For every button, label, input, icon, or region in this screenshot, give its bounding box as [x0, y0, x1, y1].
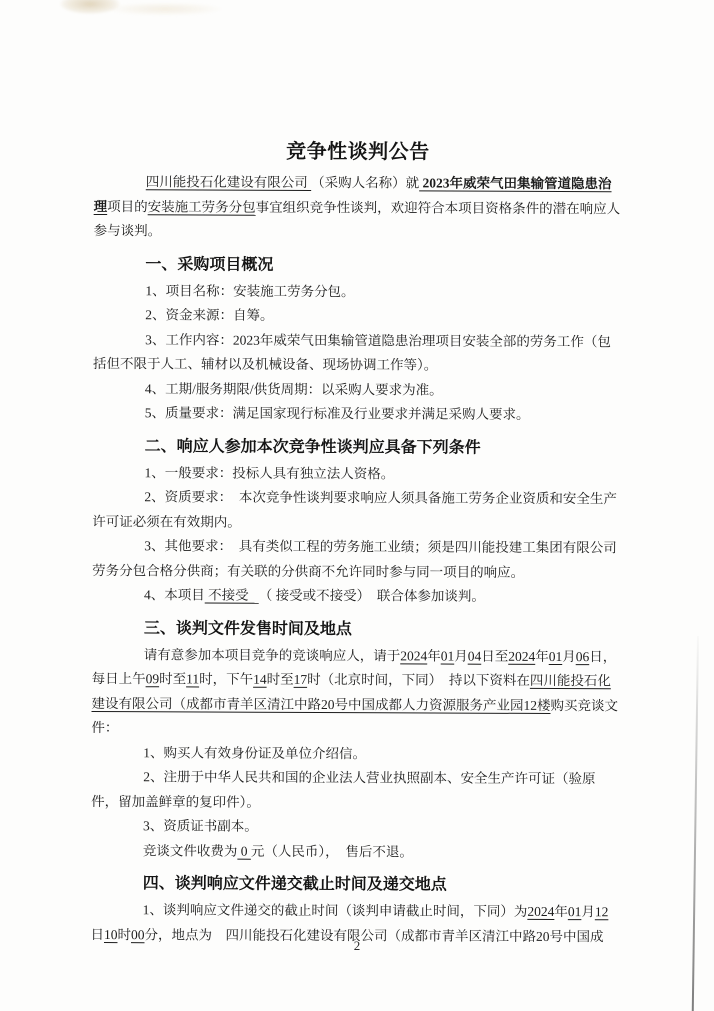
- text-segment: 竞谈文件收费为: [143, 843, 238, 858]
- text-segment: 2、资金来源：自筹。: [145, 307, 273, 323]
- text-segment: 月: [581, 904, 595, 919]
- text-segment: 1、一般要求：投标人具有独立法人资格。: [145, 465, 395, 481]
- text-segment: 四川能投石化建设有限公司: [146, 174, 311, 190]
- scan-smudge-artifact-2: [105, 2, 225, 16]
- text-segment: 不接受: [205, 587, 259, 602]
- text-segment: 二、响应人参加本次竞争性谈判应具备下列条件: [145, 438, 481, 456]
- text-segment: 时，下午: [199, 671, 253, 686]
- heading-section-3: 三、谈判文件发售时间及地点: [92, 614, 620, 643]
- text-segment: 14: [253, 672, 267, 687]
- heading-section-1: 一、采购项目概况: [93, 250, 621, 279]
- text-segment: 0: [237, 843, 251, 858]
- item-project-name: 1、项目名称：安装施工劳务分包。: [93, 278, 621, 305]
- text-segment: （采购人名称）就: [311, 175, 419, 190]
- text-segment: （ 接受或不接受） 联合体参加谈判。: [259, 588, 485, 604]
- heading-section-4: 四、谈判响应文件递交截止时间及递交地点: [91, 870, 619, 899]
- item-buyer-id: 1、购买人有效身份证及单位介绍信。: [91, 740, 619, 767]
- text-segment: 5、质量要求：满足国家现行标准及行业要求并满足采购人要求。: [145, 405, 530, 422]
- text-segment: 时至: [159, 671, 186, 686]
- text-segment: 12: [595, 904, 609, 919]
- scan-page-edge-line: [692, 636, 699, 1011]
- text-segment: 2024: [400, 648, 427, 663]
- text-segment: 月: [562, 649, 576, 664]
- item-qualification-certificate: 3、资质证书副本。: [91, 814, 619, 841]
- scanned-document-page: 竞争性谈判公告 四川能投石化建设有限公司 （采购人名称）就 2023年威荣气田集…: [0, 0, 714, 1011]
- text-segment: 四、谈判响应文件递交截止时间及递交地点: [143, 875, 447, 893]
- text-segment: 安装施工劳务分包: [148, 199, 256, 214]
- heading-section-2: 二、响应人参加本次竞争性谈判应具备下列条件: [93, 432, 621, 461]
- text-segment: 2024: [508, 648, 535, 663]
- item-business-license: 2、注册于中华人民共和国的企业法人营业执照副本、安全生产许可证（验原件，留加盖鲜…: [91, 765, 619, 816]
- text-segment: 09: [146, 671, 160, 686]
- text-segment: 01: [441, 648, 455, 663]
- text-segment: 1、谈判响应文件递交的截止时间（谈判申请截止时间，下同）为: [143, 902, 528, 919]
- text-segment: 2、注册于中华人民共和国的企业法人营业执照副本、安全生产许可证（验原件，留加盖鲜…: [91, 769, 595, 809]
- text-segment: 请有意参加本项目竞争的竞谈响应人，请于: [144, 647, 401, 663]
- page-number: 2: [0, 938, 714, 954]
- intro-paragraph: 四川能投石化建设有限公司 （采购人名称）就 2023年威荣气田集输管道隐患治理项…: [94, 170, 622, 246]
- text-segment: 年: [554, 904, 568, 919]
- text-segment: 04: [468, 648, 482, 663]
- item-work-content: 3、工作内容：2023年威荣气田集输管道隐患治理项目安装全部的劳务工作（包括但不…: [93, 327, 621, 378]
- text-segment: 4、工期/服务期限/供货周期：以采购人要求为准。: [145, 381, 443, 397]
- text-segment: 一、采购项目概况: [145, 256, 273, 274]
- text-segment: 3、其他要求： 具有类似工程的劳务施工业绩；须是四川能投建工集团有限公司劳务分包…: [92, 538, 617, 579]
- text-segment: 日至: [481, 648, 508, 663]
- text-segment: 项目的: [107, 199, 148, 214]
- item-qualification-requirement: 2、资质要求： 本次竞争性谈判要求响应人须具备施工劳务企业资质和安全生产许可证必…: [92, 485, 620, 536]
- text-segment: 01: [568, 904, 582, 919]
- text-segment: 月: [454, 648, 468, 663]
- text-segment: 三、谈判文件发售时间及地点: [144, 620, 352, 638]
- text-segment: 元（人民币）， 售后不退。: [251, 843, 413, 859]
- text-segment: 17: [294, 672, 308, 687]
- item-general-requirement: 1、一般要求：投标人具有独立法人资格。: [92, 460, 620, 487]
- text-segment: 2、资质要求： 本次竞争性谈判要求响应人须具备施工劳务企业资质和安全生产许可证必…: [92, 489, 617, 529]
- text-segment: 年: [535, 648, 549, 663]
- text-segment: 01: [549, 648, 563, 663]
- text-segment: 1、项目名称：安装施工劳务分包。: [145, 283, 354, 299]
- paragraph-sale-time-place: 请有意参加本项目竞争的竞谈响应人，请于2024年01月04日至2024年01月0…: [91, 642, 619, 742]
- text-segment: 4、本项目: [144, 587, 205, 602]
- text-segment: 2024: [527, 904, 554, 919]
- text-segment: 3、资质证书副本。: [143, 818, 258, 834]
- item-consortium: 4、本项目 不接受 （ 接受或不接受） 联合体参加谈判。: [92, 583, 620, 610]
- document-body: 竞争性谈判公告 四川能投石化建设有限公司 （采购人名称）就 2023年威荣气田集…: [90, 138, 622, 949]
- document-title: 竞争性谈判公告: [94, 138, 622, 166]
- text-segment: 时（北京时间，下同） 持以下资料在: [307, 672, 530, 688]
- text-segment: 11: [186, 671, 199, 686]
- text-segment: 3、工作内容：2023年威荣气田集输管道隐患治理项目安装全部的劳务工作（包括但不…: [93, 332, 611, 373]
- item-other-requirement: 3、其他要求： 具有类似工程的劳务施工业绩；须是四川能投建工集团有限公司劳务分包…: [92, 534, 620, 585]
- item-quality: 5、质量要求：满足国家现行标准及行业要求并满足采购人要求。: [93, 401, 621, 428]
- text-segment: 年: [427, 648, 441, 663]
- text-segment: 时至: [267, 672, 294, 687]
- item-funding-source: 2、资金来源：自筹。: [93, 303, 621, 330]
- text-segment: 06: [576, 649, 590, 664]
- text-segment: 1、购买人有效身份证及单位介绍信。: [143, 745, 366, 761]
- item-schedule: 4、工期/服务期限/供货周期：以采购人要求为准。: [93, 376, 621, 403]
- paragraph-document-fee: 竞谈文件收费为 0 元（人民币）， 售后不退。: [91, 838, 619, 865]
